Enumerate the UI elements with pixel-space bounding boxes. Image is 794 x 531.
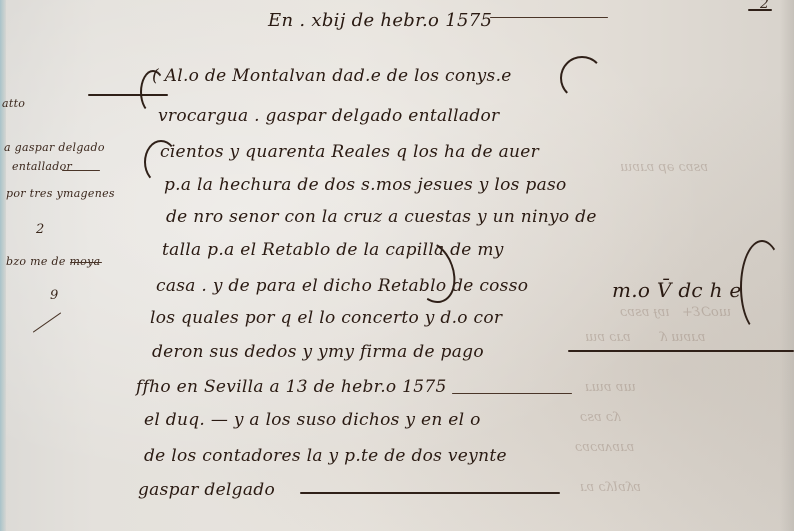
margin-note: atto (2, 97, 25, 110)
body-line-date: ffho en Sevilla a 13 de hebr.o 1575 (136, 377, 447, 397)
page-right-edge (780, 0, 794, 531)
body-line: vrocargua . gaspar delgado entallador (158, 106, 499, 126)
signature: gaspar delgado (138, 480, 275, 500)
margin-rule (62, 170, 100, 171)
body-line: talla p.a el Retablo de la capilla de my (162, 240, 504, 260)
bleed-through-text: ɐsɐɔ ǝp ɐɹɐɯ (620, 160, 708, 175)
bleed-through-text: ɐʎɐƖʎɔ ɐɹ (580, 480, 641, 495)
amount-total: m.o V̄ dc h e (612, 278, 742, 302)
line-flourish (560, 56, 604, 100)
body-line: p.a la hechura de dos s.mos jesues y los… (164, 175, 567, 195)
margin-rule (70, 262, 102, 263)
margin-note-trade: entallador (12, 160, 72, 173)
manuscript-page: ɯoƆƐ+ ıɐɟ ɐsɐɔ ɐɹɐɯ ʎ ɐɹɔ ɐɯ ɯɐ ɐɯɹ ʎɔ ɐ… (0, 0, 794, 531)
body-line: los quales por q el lo concerto y d.o co… (150, 308, 502, 328)
body-line: cientos y quarenta Reales q los ha de au… (160, 142, 539, 162)
body-line: deron sus dedos y ymy firma de pago (152, 342, 484, 362)
initial-flourish (144, 140, 178, 184)
margin-note-recipient: a gaspar delgado (4, 141, 105, 154)
amount-flourish (740, 240, 784, 334)
body-line: de los contadores la y p.te de dos veynt… (144, 446, 507, 466)
margin-flourish (33, 312, 61, 332)
body-line: de nro senor con la cruz a cuestas y un … (166, 207, 597, 227)
heading-rule (490, 17, 608, 18)
bleed-through-text: ɯoƆƐ+ ıɐɟ ɐsɐɔ (620, 305, 731, 320)
initial-flourish (140, 70, 166, 114)
margin-note-number: 9 (50, 288, 59, 303)
date-heading: En . xbij de hebr.o 1575 (268, 10, 492, 31)
amount-separator-rule (568, 350, 794, 352)
margin-note-subject: por tres ymagenes (6, 187, 115, 200)
body-line: ( Al.o de Montalvan dad.e de los conys.e (152, 66, 512, 86)
body-line: el duq. — y a los suso dichos y en el o (144, 410, 481, 430)
bleed-through-text: ɐɹɐʌɐɔɐɔ (575, 440, 634, 455)
bleed-through-text: ʎɔ ɐsɔ (580, 410, 620, 425)
signature-rule (300, 492, 560, 494)
bleed-through-text: ɯɐ ɐɯɹ (585, 380, 636, 395)
bleed-through-text: ɐɹɐɯ ʎ ɐɹɔ ɐɯ (585, 330, 706, 345)
page-number-underline (748, 9, 772, 11)
body-line: casa . y de para el dicho Retablo de cos… (156, 276, 528, 296)
line-fill-rule (452, 393, 572, 394)
margin-note-mark: 2 (36, 222, 45, 237)
